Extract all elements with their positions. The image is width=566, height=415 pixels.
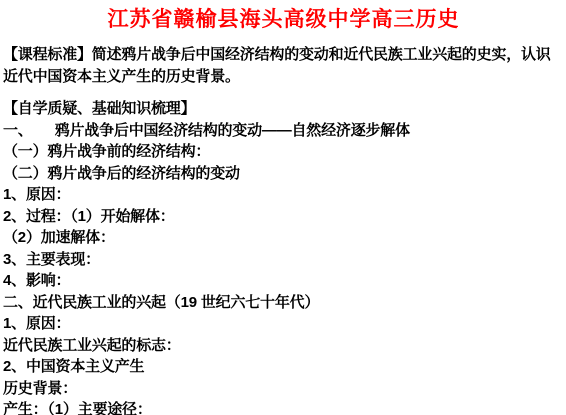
document-page: 江苏省赣榆县海头高级中学高三历史 【课程标准】简述鸦片战争后中国经济结构的变动和… — [0, 0, 566, 415]
item-emergence-main-route: 产生：（1）主要途径： — [3, 399, 564, 415]
subsection-1-2-label: （二）鸦片战争后的经济结构的变动 — [3, 163, 564, 185]
item-4-impact: 4、影响： — [3, 270, 564, 292]
item-industry-rise-sign: 近代民族工业兴起的标志： — [3, 335, 564, 357]
item-2-process-start: 2、过程：（1）开始解体： — [3, 206, 564, 228]
item-3-manifestations: 3、主要表现： — [3, 249, 564, 271]
course-standard-paragraph: 【课程标准】简述鸦片战争后中国经济结构的变动和近代民族工业兴起的史实，认识近代中… — [3, 44, 564, 87]
item-1-reason-section-2: 1、原因： — [3, 313, 564, 335]
item-1-reason: 1、原因： — [3, 184, 564, 206]
item-2-capitalism-emergence: 2、中国资本主义产生 — [3, 356, 564, 378]
item-2-process-accelerate: （2）加速解体： — [3, 227, 564, 249]
page-title: 江苏省赣榆县海头高级中学高三历史 — [3, 7, 564, 33]
section-1-heading: 一、 鸦片战争后中国经济结构的变动——自然经济逐步解体 — [3, 120, 564, 142]
self-study-section-header: 【自学质疑、基础知识梳理】 — [3, 98, 564, 120]
subsection-1-1-label: （一）鸦片战争前的经济结构： — [3, 141, 564, 163]
section-2-heading: 二、近代民族工业的兴起（19 世纪六七十年代） — [3, 292, 564, 314]
item-historical-background: 历史背景： — [3, 378, 564, 400]
